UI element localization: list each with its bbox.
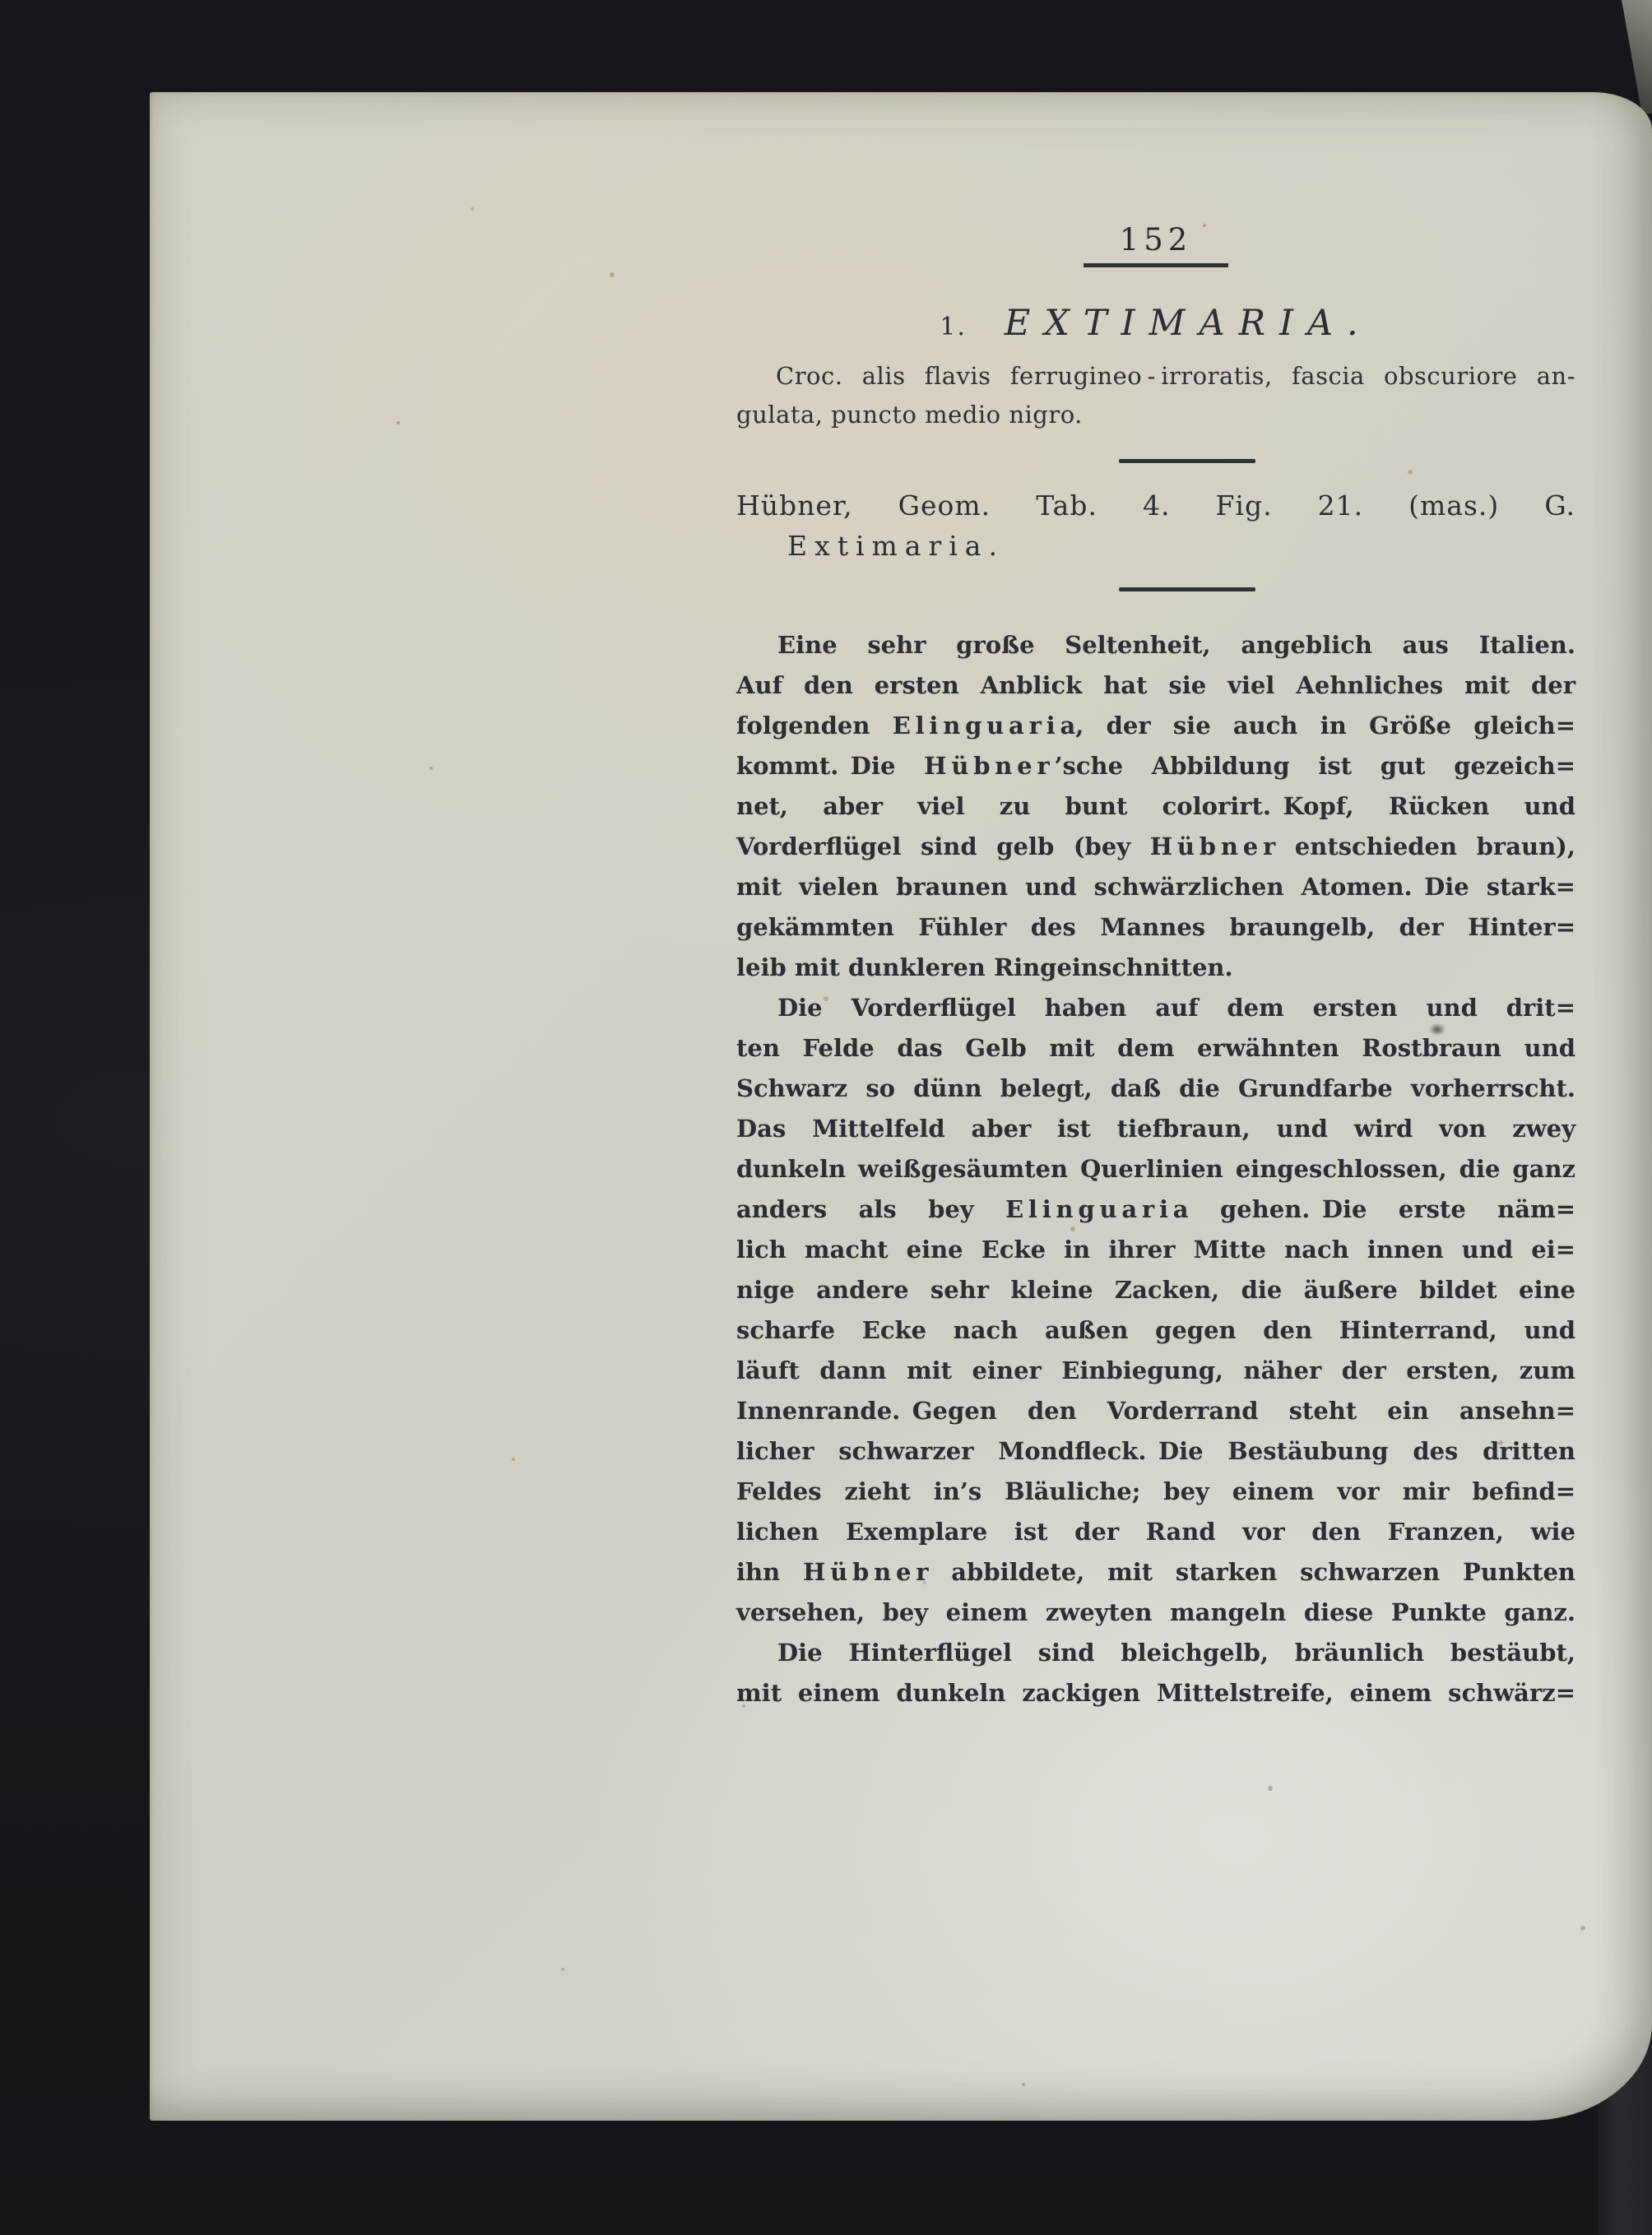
body-line: anders als bey E l i n g u a r i a gehen…	[736, 1189, 1575, 1230]
body-line: Vorderflügel sind gelb (bey H ü b n e r …	[736, 827, 1575, 867]
body-line: licher schwarzer Mondfleck. Die Bestäubu…	[736, 1431, 1575, 1472]
body-line: läuft dann mit einer Einbiegung, näher d…	[736, 1351, 1575, 1391]
body-line: net, aber viel zu bunt colorirt. Kopf, R…	[736, 786, 1575, 827]
paper-specks	[397, 421, 400, 424]
body-line: scharfe Ecke nach außen gegen den Hinter…	[736, 1310, 1575, 1351]
body-line: leib mit dunkleren Ringeinschnitten.	[736, 948, 1575, 988]
body-line: Schwarz so dünn belegt, daß die Grundfar…	[736, 1069, 1575, 1109]
body-line: mit einem dunkeln zackigen Mittelstreife…	[736, 1673, 1575, 1713]
body-line: versehen, bey einem zweyten mangeln dies…	[736, 1593, 1575, 1633]
body-line: Innenrande. Gegen den Vorderrand steht e…	[736, 1391, 1575, 1431]
separator-rule	[1119, 587, 1255, 591]
ink-smudge	[1429, 1023, 1445, 1036]
body-line: Die Hinterflügel sind bleichgelb, bräunl…	[736, 1633, 1575, 1673]
species-title: EXTIMARIA.	[1005, 303, 1372, 344]
separator-rule	[1119, 459, 1255, 463]
body-line: folgenden E l i n g u a r i a, der sie a…	[736, 706, 1575, 746]
body-line: mit vielen braunen und schwärzlichen Ato…	[736, 867, 1575, 907]
body-line: lichen Exemplare ist der Rand vor den Fr…	[736, 1512, 1575, 1552]
body-line: gekämmten Fühler des Mannes braungelb, d…	[736, 907, 1575, 948]
latin-line: gulata, puncto medio nigro.	[736, 396, 1575, 434]
latin-description: Croc. alis flavis ferrugineo - irroratis…	[736, 357, 1575, 434]
body-line: lich macht eine Ecke in ihrer Mitte nach…	[736, 1230, 1575, 1270]
body-line: Eine sehr große Seltenheit, angeblich au…	[736, 625, 1575, 665]
species-index: 1.	[940, 313, 967, 341]
page-number: 152	[1084, 222, 1229, 267]
book-page: 152 1.EXTIMARIA. Croc. alis flavis ferru…	[150, 92, 1652, 2121]
latin-line: Croc. alis flavis ferrugineo - irroratis…	[736, 357, 1575, 396]
body-line: Die Vorderflügel haben auf dem ersten un…	[736, 988, 1575, 1028]
body-line: dunkeln weißgesäumten Querlinien eingesc…	[736, 1149, 1575, 1189]
body-line: ihn H ü b n e r abbildete, mit starken s…	[736, 1552, 1575, 1593]
body-text: Eine sehr große Seltenheit, angeblich au…	[736, 625, 1575, 1713]
body-line: Auf den ersten Anblick hat sie viel Aehn…	[736, 665, 1575, 706]
reference-line: Hübner, Geom. Tab. 4. Fig. 21. (mas.) G.	[736, 485, 1575, 526]
reference-citation: Hübner, Geom. Tab. 4. Fig. 21. (mas.) G.…	[736, 485, 1575, 566]
body-line: Feldes zieht in’s Bläuliche; bey einem v…	[736, 1472, 1575, 1512]
body-line: ten Felde das Gelb mit dem erwähnten Ros…	[736, 1028, 1575, 1069]
reference-line: Extimaria.	[736, 526, 1575, 566]
body-line: nige andere sehr kleine Zacken, die äuße…	[736, 1270, 1575, 1310]
body-line: kommt. Die H ü b n e r ’sche Abbildung i…	[736, 746, 1575, 786]
species-heading: 1.EXTIMARIA.	[736, 303, 1575, 344]
page-number-row: 152	[736, 222, 1575, 267]
body-line: Das Mittelfeld aber ist tiefbraun, und w…	[736, 1109, 1575, 1149]
